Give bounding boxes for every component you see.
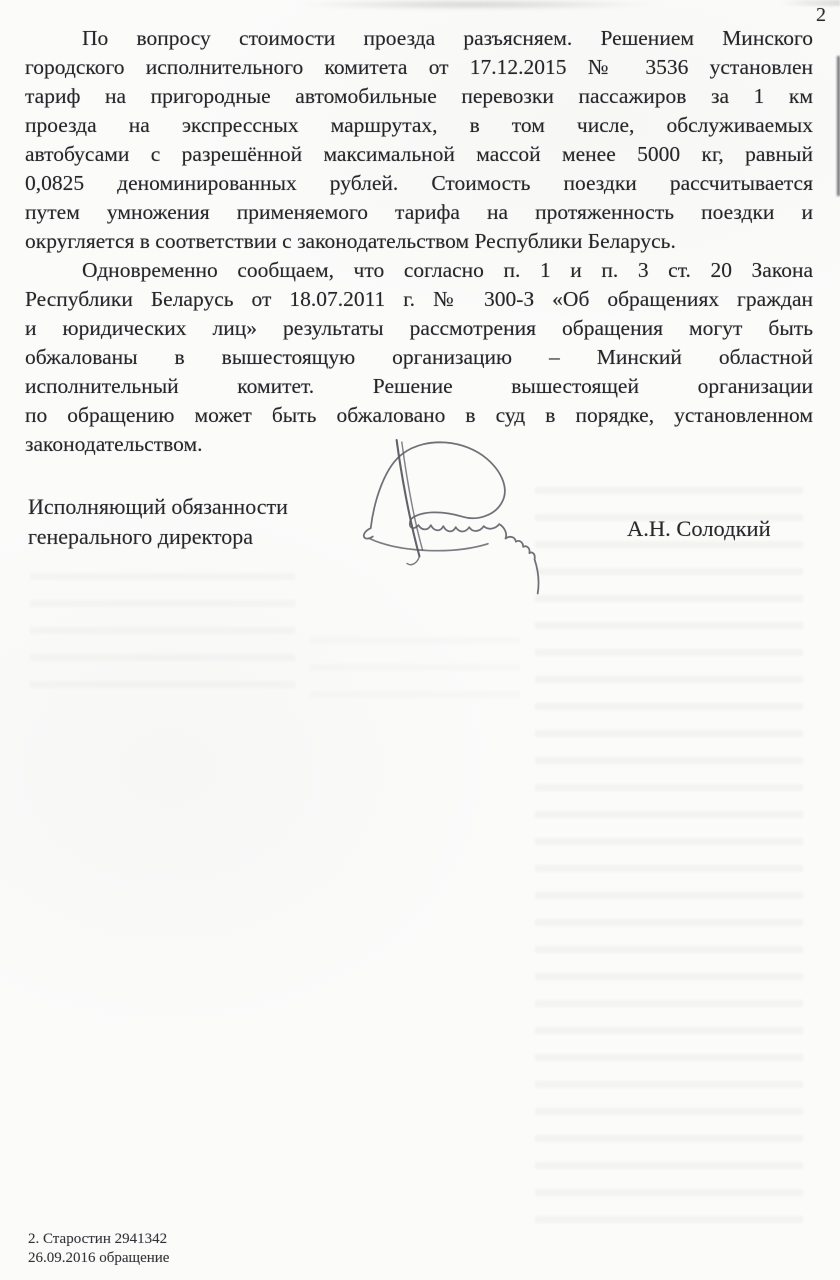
scanned-letter-page: 2 По вопросу стоимости проезда разъясняе…: [0, 0, 840, 1280]
text-line: округляется в соответствии с законодател…: [25, 227, 813, 256]
footer-executor-line: 2. Старостин 2941342: [28, 1230, 169, 1249]
signer-position: Исполняющий обязанности генерального дир…: [28, 492, 288, 552]
footer-date-line: 26.09.2016 обращение: [28, 1249, 169, 1268]
scan-smudge-corner: [780, 0, 840, 6]
text-line: по обращению может быть обжаловано в суд…: [25, 401, 813, 430]
text-line: путем умножения применяемого тарифа на п…: [25, 198, 813, 227]
signer-position-line2: генерального директора: [28, 522, 288, 552]
text-line: исполнительный комитет. Решение вышестоя…: [25, 372, 813, 401]
scan-smudge-top: [290, 0, 660, 9]
bleed-through-left: [30, 556, 295, 696]
signature-block: Исполняющий обязанности генерального дир…: [0, 0, 840, 200]
bleed-through-right: [535, 470, 803, 1235]
signer-position-line1: Исполняющий обязанности: [28, 492, 288, 522]
paragraph-appeal: Одновременно сообщаем, что согласно п. 1…: [25, 256, 813, 459]
bleed-through-mid: [310, 620, 520, 700]
footer-executor-note: 2. Старостин 2941342 26.09.2016 обращени…: [28, 1230, 169, 1268]
text-line: Одновременно сообщаем, что согласно п. 1…: [25, 256, 813, 285]
text-line: и юридических лиц» результаты рассмотрен…: [25, 314, 813, 343]
text-line: Республики Беларусь от 18.07.2011 г. № 3…: [25, 285, 813, 314]
text-line: обжалованы в вышестоящую организацию – М…: [25, 343, 813, 372]
